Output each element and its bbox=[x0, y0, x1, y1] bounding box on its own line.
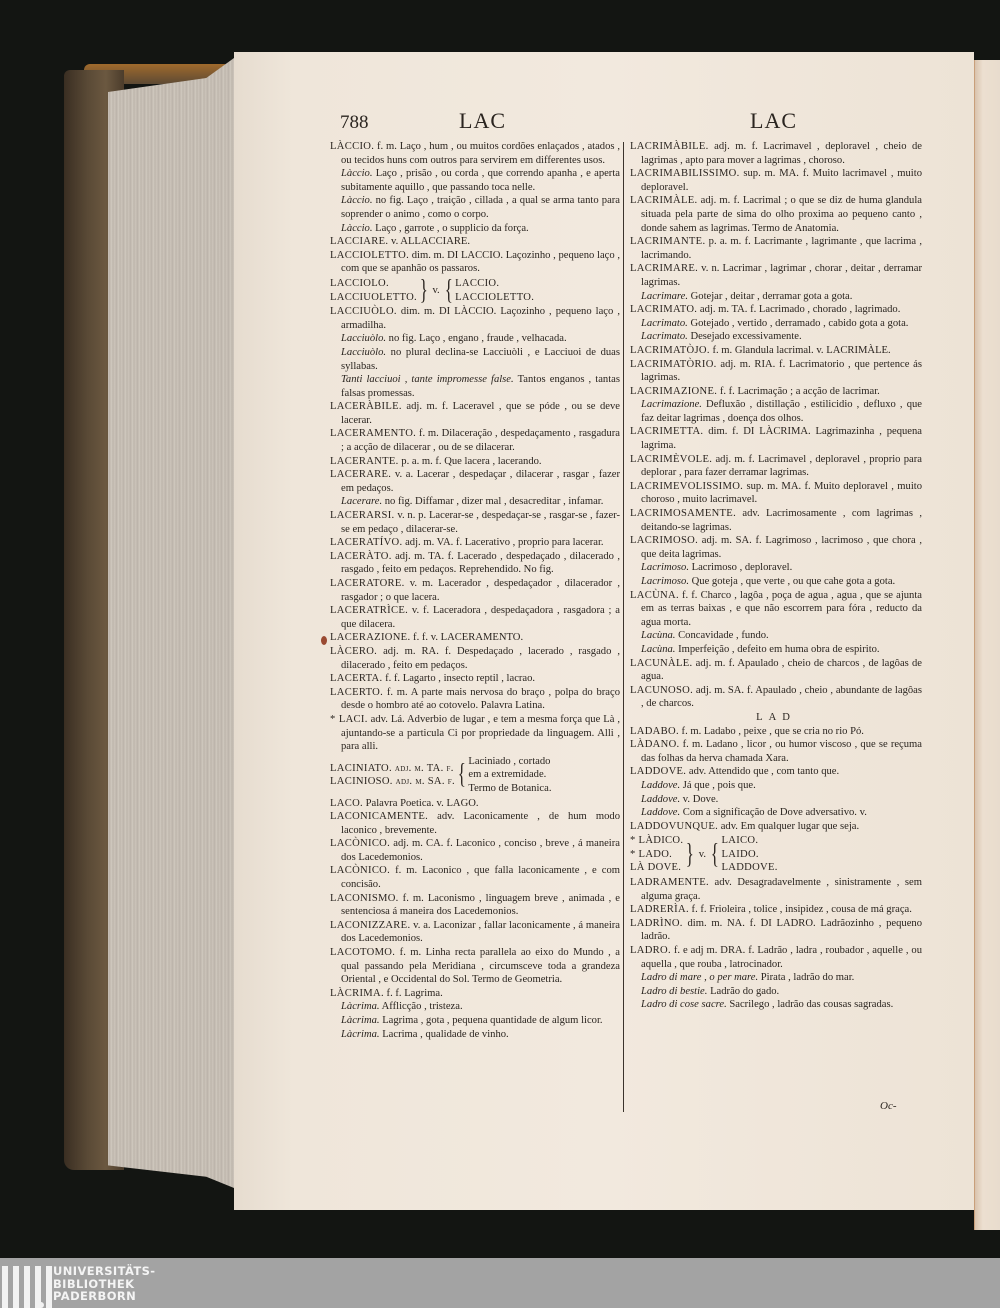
sense-definition: Ladrão do gado. bbox=[707, 986, 779, 997]
dictionary-entry: LACERATORE. v. m. Lacerador , despedaçad… bbox=[330, 577, 620, 604]
entry-headword: LACOTOMO. bbox=[330, 947, 395, 958]
xref-target: LACCIOLETTO. bbox=[455, 291, 534, 305]
entry-sense: Lacrimato. Gotejado , vertido , derramad… bbox=[630, 317, 922, 331]
sense-definition: Desejado excessivamente. bbox=[688, 331, 802, 342]
cross-reference-group: LACCIOLO.LACCIUOLETTO.}v.{LACCIO.LACCIOL… bbox=[330, 277, 620, 304]
entry-headword: LACÒNICO. bbox=[330, 838, 390, 849]
sense-label: Làccio. bbox=[341, 223, 372, 234]
sense-definition: Com a significação de Dove adversativo. … bbox=[680, 807, 867, 818]
entry-definition: f. m. A parte mais nervosa do braço , po… bbox=[341, 687, 620, 712]
entry-definition: f. f. Charco , lagôa , poça de agua , ag… bbox=[641, 590, 922, 628]
sense-definition: Lacrima , qualidade de vinho. bbox=[380, 1029, 509, 1040]
dictionary-entry: LADRERÌA. f. f. Frioleira , tolice , ins… bbox=[630, 903, 922, 917]
xref-source: * LADO. bbox=[630, 848, 683, 862]
sense-definition: no fig. Diffamar , dizer mal , desacredi… bbox=[382, 496, 603, 507]
dictionary-entry: LACRIMANTE. p. a. m. f. Lacrimante , lag… bbox=[630, 235, 922, 262]
entry-definition: f. m. Ladabo , peixe , que se cria no ri… bbox=[679, 726, 864, 737]
dictionary-entry: LACUNÀLE. adj. m. f. Apaulado , cheio de… bbox=[630, 657, 922, 684]
dictionary-entry: LÀCERO. adj. m. RA. f. Despedaçado , lac… bbox=[330, 645, 620, 672]
entry-headword: LACCIUÒLO. bbox=[330, 306, 397, 317]
entry-headword: LACERATÍVO. bbox=[330, 537, 402, 548]
sense-definition: Lacrimoso , deploravel. bbox=[689, 562, 792, 573]
dictionary-entry: LACRIMÈVOLE. adj. m. f. Lacrimavel , dep… bbox=[630, 453, 922, 480]
entry-definition: adv. Attendido que , com tanto que. bbox=[686, 766, 839, 777]
dictionary-entry: LACONIZZARE. v. a. Laconizar , fallar la… bbox=[330, 919, 620, 946]
entry-headword: LACRIMARE. bbox=[630, 263, 698, 274]
entry-headword: LÀDANO. bbox=[630, 739, 679, 750]
dictionary-entry: LACERATRÌCE. v. f. Laceradora , despedaç… bbox=[330, 604, 620, 631]
entry-headword: LACERTA. bbox=[330, 673, 382, 684]
left-brace-icon: { bbox=[444, 278, 452, 304]
grouped-headword: LACINIOSO. adj. m. SA. f. bbox=[330, 775, 455, 789]
running-head-right: LAC bbox=[750, 108, 797, 138]
dictionary-entry: LACERATÍVO. adj. m. VA. f. Lacerativo , … bbox=[330, 536, 620, 550]
shared-definition: Laciniado , cortadoem a extremidade.Term… bbox=[468, 755, 551, 796]
sense-label: Lacùna. bbox=[641, 644, 675, 655]
dictionary-entry: LACRIMABILISSIMO. sup. m. MA. f. Muito l… bbox=[630, 167, 922, 194]
dictionary-entry: LÀCRIMA. f. f. Lagrima. bbox=[330, 987, 620, 1001]
left-brace-icon: { bbox=[711, 842, 719, 868]
entry-headword: LACRIMATÒJO. bbox=[630, 345, 710, 356]
entry-headword: LACRIMABILISSIMO. bbox=[630, 168, 740, 179]
sense-label: Ladro di mare , o per mare. bbox=[641, 972, 758, 983]
sense-label: Lacciuòlo. bbox=[341, 347, 386, 358]
catchword: Oc- bbox=[880, 1100, 897, 1112]
entry-definition: adj. m. TA. f. Lacrimado , chorado , lag… bbox=[697, 304, 900, 315]
dictionary-entry: LACRIMAZIONE. f. f. Lacrimação ; a acção… bbox=[630, 385, 922, 399]
logo-line-1: UNIVERSITÄTS- bbox=[53, 1265, 155, 1278]
sense-definition: v. Dove. bbox=[680, 794, 718, 805]
book-page-edges bbox=[108, 58, 234, 1188]
sense-definition: Afflicção , tristeza. bbox=[380, 1001, 463, 1012]
entry-headword: LADDOVE. bbox=[630, 766, 686, 777]
page-number: 788 bbox=[340, 112, 369, 134]
entry-definition: Palavra Poetica. v. LAGO. bbox=[363, 798, 479, 809]
xref-see-label: v. bbox=[432, 284, 439, 298]
entry-definition: f. f. Lagrima. bbox=[384, 988, 443, 999]
entry-headword: LACRIMATO. bbox=[630, 304, 697, 315]
definition-line: em a extremidade. bbox=[468, 768, 551, 782]
entry-headword: LACUNOSO. bbox=[630, 685, 693, 696]
dictionary-entry: LACONICAMENTE. adv. Laconicamente , de h… bbox=[330, 810, 620, 837]
entry-headword: LACRIMÈVOLE. bbox=[630, 454, 712, 465]
definition-line: Laciniado , cortado bbox=[468, 755, 551, 769]
dictionary-entry: LADDOVUNQUE. adv. Em qualquer lugar que … bbox=[630, 820, 922, 834]
left-brace-icon: { bbox=[458, 762, 466, 788]
entry-sense: Tanti lacciuoi , tante impromesse false.… bbox=[330, 373, 620, 400]
sense-definition: Pirata , ladrão do mar. bbox=[758, 972, 854, 983]
dictionary-entry: LACUNOSO. adj. m. SA. f. Apaulado , chei… bbox=[630, 684, 922, 711]
sense-label: Làccio. bbox=[341, 195, 372, 206]
sense-label: Lacùna. bbox=[641, 630, 675, 641]
entry-sense: Lacciuòlo. no fig. Laço , engano , fraud… bbox=[330, 332, 620, 346]
dictionary-entry: LACÙNA. f. f. Charco , lagôa , poça de a… bbox=[630, 589, 922, 630]
sense-label: Lacrimato. bbox=[641, 331, 688, 342]
entry-headword: LADRO. bbox=[630, 945, 671, 956]
entry-headword: * LACI. bbox=[330, 714, 368, 725]
dictionary-entry: LACRIMETTA. dim. f. DI LÀCRIMA. Lagrimaz… bbox=[630, 425, 922, 452]
entry-headword: LACO. bbox=[330, 798, 363, 809]
sense-label: Lacrimato. bbox=[641, 318, 688, 329]
definition-line: Termo de Botanica. bbox=[468, 782, 551, 796]
dictionary-entry: LADDOVE. adv. Attendido que , com tanto … bbox=[630, 765, 922, 779]
entry-headword: LACONICAMENTE. bbox=[330, 811, 428, 822]
entry-headword: LACCIARE. bbox=[330, 236, 388, 247]
entry-definition: v. ALLACCIARE. bbox=[388, 236, 470, 247]
entry-definition: f. f. v. LACERAMENTO. bbox=[410, 632, 523, 643]
dictionary-entry: LACÒNICO. adj. m. CA. f. Laconico , conc… bbox=[330, 837, 620, 864]
dictionary-entry: LACERTA. f. f. Lagarto , insecto reptil … bbox=[330, 672, 620, 686]
right-brace-icon: } bbox=[686, 842, 694, 868]
entry-headword: LACERARE. bbox=[330, 469, 391, 480]
dictionary-entry: LACÒNICO. f. m. Laconico , que falla lac… bbox=[330, 864, 620, 891]
entry-sense: Làccio. Laço , garrote , o supplicio da … bbox=[330, 222, 620, 236]
entry-sense: Lacùna. Imperfeição , defeito em huma ob… bbox=[630, 643, 922, 657]
sense-definition: Gotejado , vertido , derramado , cabido … bbox=[688, 318, 909, 329]
column-divider-rule bbox=[623, 142, 624, 1112]
entry-headword: LACERARSI. bbox=[330, 510, 395, 521]
entry-headword: LACERATRÌCE. bbox=[330, 605, 408, 616]
sense-label: Lacrimoso. bbox=[641, 562, 689, 573]
sense-label: Làcrima. bbox=[341, 1029, 380, 1040]
entry-headword: LACRIMANTE. bbox=[630, 236, 705, 247]
dictionary-entry: LACERANTE. p. a. m. f. Que lacera , lace… bbox=[330, 455, 620, 469]
entry-definition: p. a. m. f. Que lacera , lacerando. bbox=[399, 456, 542, 467]
sense-label: Làcrima. bbox=[341, 1001, 380, 1012]
entry-headword: LACRIMOSAMENTE. bbox=[630, 508, 736, 519]
xref-target: LAICO. bbox=[721, 834, 777, 848]
sense-label: Lacciuòlo. bbox=[341, 333, 386, 344]
dictionary-entry: LACRIMATÒRIO. adj. m. RIA. f. Lacrimator… bbox=[630, 358, 922, 385]
entry-headword: LACUNÀLE. bbox=[630, 658, 692, 669]
entry-headword: LACONISMO. bbox=[330, 893, 399, 904]
dictionary-entry: LADABO. f. m. Ladabo , peixe , que se cr… bbox=[630, 725, 922, 739]
dictionary-entry: LADRO. f. e adj m. DRA. f. Ladrão , ladr… bbox=[630, 944, 922, 971]
dictionary-entry: LACRIMOSAMENTE. adv. Lacrimosamente , co… bbox=[630, 507, 922, 534]
entry-headword: LADRERÌA. bbox=[630, 904, 689, 915]
dictionary-entry: LACO. Palavra Poetica. v. LAGO. bbox=[330, 797, 620, 811]
entry-definition: adv. Em qualquer lugar que seja. bbox=[718, 821, 859, 832]
dictionary-entry: LACRIMEVOLISSIMO. sup. m. MA. f. Muito d… bbox=[630, 480, 922, 507]
entry-headword: LADRAMENTE. bbox=[630, 877, 709, 888]
entry-headword: LACERÀBILE. bbox=[330, 401, 402, 412]
grouped-headwords: LACINIATO. adj. m. TA. f.LACINIOSO. adj.… bbox=[330, 762, 455, 789]
xref-target: LAIDO. bbox=[721, 848, 777, 862]
entry-sense: Lacrimoso. Que goteja , que verte , ou q… bbox=[630, 575, 922, 589]
xref-source: * LÀDICO. bbox=[630, 834, 683, 848]
facing-page-edge bbox=[974, 60, 1000, 1230]
library-footer-band: UNIVERSITÄTS- BIBLIOTHEK PADERBORN bbox=[0, 1258, 1000, 1308]
entry-definition: f. m. Glandula lacrimal. v. LACRIMÀLE. bbox=[710, 345, 891, 356]
entry-sense: Lacrimazione. Defluxão , distillação , e… bbox=[630, 398, 922, 425]
entry-sense: Làcrima. Lacrima , qualidade de vinho. bbox=[330, 1028, 620, 1042]
entry-sense: Làccio. no fig. Laço , traição , cillada… bbox=[330, 194, 620, 221]
entry-headword: LADDOVUNQUE. bbox=[630, 821, 718, 832]
dictionary-entry: LACERAZIONE. f. f. v. LACERAMENTO. bbox=[330, 631, 620, 645]
dictionary-entry: LÀDANO. f. m. Ladano , licor , ou humor … bbox=[630, 738, 922, 765]
entry-headword: LADABO. bbox=[630, 726, 679, 737]
dictionary-entry: * LACI. adv. Lá. Adverbio de lugar , e t… bbox=[330, 713, 620, 754]
entry-definition: f. m. Laço , hum , ou muitos cordões enl… bbox=[341, 141, 620, 166]
sense-label: Lacrimoso. bbox=[641, 576, 689, 587]
entry-definition: f. f. Lacrimação ; a acção de lacrimar. bbox=[717, 386, 880, 397]
dictionary-entry: LACCIOLETTO. dim. m. DI LACCIO. Laçozinh… bbox=[330, 249, 620, 276]
entry-headword: LÀCCIO. bbox=[330, 141, 374, 152]
xref-target: LACCIO. bbox=[455, 277, 534, 291]
entry-headword: LACRIMAZIONE. bbox=[630, 386, 717, 397]
dictionary-entry: LACCIARE. v. ALLACCIARE. bbox=[330, 235, 620, 249]
entry-headword: LACERATORE. bbox=[330, 578, 405, 589]
dictionary-entry: LACERÀTO. adj. m. TA. f. Lacerado , desp… bbox=[330, 550, 620, 577]
xref-see-label: v. bbox=[699, 848, 706, 862]
entry-definition: adj. m. VA. f. Lacerativo , proprio para… bbox=[402, 537, 603, 548]
entry-headword: LACONIZZARE. bbox=[330, 920, 410, 931]
entry-definition: f. f. Frioleira , tolice , insipidez , c… bbox=[689, 904, 912, 915]
dictionary-entry: LACRIMÀBILE. adj. m. f. Lacrimavel , dep… bbox=[630, 140, 922, 167]
entry-definition: adj. m. RA. f. Despedaçado , lacerado , … bbox=[341, 646, 620, 671]
sense-definition: Laço , prisão , ou corda , que correndo … bbox=[341, 168, 620, 193]
entry-sense: Lacciuòlo. no plural declina-se Lacciuòl… bbox=[330, 346, 620, 373]
entry-headword: LACRIMATÒRIO. bbox=[630, 359, 717, 370]
xref-target-list: LAICO.LAIDO.LADDOVE. bbox=[721, 834, 777, 875]
xref-source-list: * LÀDICO.* LADO.LÀ DOVE. bbox=[630, 834, 683, 875]
entry-headword: LÀCERO. bbox=[330, 646, 377, 657]
entry-headword: LACRIMETTA. bbox=[630, 426, 703, 437]
left-column: LÀCCIO. f. m. Laço , hum , ou muitos cor… bbox=[330, 140, 620, 1041]
sense-label: Ladro di cose sacre. bbox=[641, 999, 727, 1010]
sense-definition: Concavidade , fundo. bbox=[675, 630, 768, 641]
shared-definition-group: LACINIATO. adj. m. TA. f.LACINIOSO. adj.… bbox=[330, 755, 620, 796]
entry-sense: Làccio. Laço , prisão , ou corda , que c… bbox=[330, 167, 620, 194]
sense-label: Laddove. bbox=[641, 807, 680, 818]
sense-definition: Imperfeição , defeito em huma obra de es… bbox=[675, 644, 879, 655]
cross-reference-group: * LÀDICO.* LADO.LÀ DOVE.}v.{LAICO.LAIDO.… bbox=[630, 834, 922, 875]
sense-label: Làccio. bbox=[341, 168, 372, 179]
library-logo-icon bbox=[2, 1266, 52, 1308]
entry-sense: Làcrima. Afflicção , tristeza. bbox=[330, 1000, 620, 1014]
xref-source: LACCIUOLETTO. bbox=[330, 291, 417, 305]
sense-definition: Laço , garrote , o supplicio da força. bbox=[372, 223, 528, 234]
entry-headword: LACÒNICO. bbox=[330, 865, 390, 876]
entry-sense: Laddove. v. Dove. bbox=[630, 793, 922, 807]
entry-headword: LÀCRIMA. bbox=[330, 988, 384, 999]
sense-label: Tanti lacciuoi , tante impromesse false. bbox=[341, 374, 514, 385]
dictionary-entry: LACERAMENTO. f. m. Dilaceração , despeda… bbox=[330, 427, 620, 454]
entry-headword: LADRÌNO. bbox=[630, 918, 683, 929]
logo-dot-icon bbox=[38, 1302, 44, 1308]
xref-target-list: LACCIO.LACCIOLETTO. bbox=[455, 277, 534, 304]
entry-sense: Lacrimato. Desejado excessivamente. bbox=[630, 330, 922, 344]
sense-label: Ladro di bestie. bbox=[641, 986, 707, 997]
sense-definition: Gotejar , deitar , derramar gota a gota. bbox=[688, 291, 852, 302]
entry-sense: Ladro di cose sacre. Sacrilego , ladrão … bbox=[630, 998, 922, 1012]
dictionary-entry: LACONISMO. f. m. Laconismo , linguagem b… bbox=[330, 892, 620, 919]
xref-source-list: LACCIOLO.LACCIUOLETTO. bbox=[330, 277, 417, 304]
sense-label: Lacrimazione. bbox=[641, 399, 702, 410]
entry-sense: Ladro di bestie. Ladrão do gado. bbox=[630, 985, 922, 999]
entry-headword: LACERÀTO. bbox=[330, 551, 392, 562]
entry-definition: f. e adj m. DRA. f. Ladrão , ladra , rou… bbox=[641, 945, 922, 970]
sense-label: Laddove. bbox=[641, 780, 680, 791]
entry-sense: Lacrimare. Gotejar , deitar , derramar g… bbox=[630, 290, 922, 304]
library-logo-text: UNIVERSITÄTS- BIBLIOTHEK PADERBORN bbox=[53, 1265, 155, 1303]
entry-definition: f. f. Lagarto , insecto reptil , lacrao. bbox=[382, 673, 535, 684]
dictionary-entry: LACRIMARE. v. n. Lacrimar , lagrimar , c… bbox=[630, 262, 922, 289]
entry-sense: Lacerare. no fig. Diffamar , dizer mal ,… bbox=[330, 495, 620, 509]
logo-line-3: PADERBORN bbox=[53, 1290, 155, 1303]
dictionary-entry: LACCIUÒLO. dim. m. DI LÀCCIO. Laçozinho … bbox=[330, 305, 620, 332]
entry-definition: f. m. Ladano , licor , ou humor viscoso … bbox=[641, 739, 922, 764]
entry-headword: LACRIMOSO. bbox=[630, 535, 698, 546]
running-head-left: LAC bbox=[459, 108, 506, 138]
dictionary-entry: LACOTOMO. f. m. Linha recta parallela ao… bbox=[330, 946, 620, 987]
entry-headword: LACCIOLETTO. bbox=[330, 250, 409, 261]
dictionary-entry: LADRÌNO. dim. m. NA. f. DI LADRO. Ladrão… bbox=[630, 917, 922, 944]
entry-headword: LACERANTE. bbox=[330, 456, 399, 467]
entry-sense: Làcrima. Lagrima , gota , pequena quanti… bbox=[330, 1014, 620, 1028]
xref-target: LADDOVE. bbox=[721, 861, 777, 875]
section-heading: LAD bbox=[630, 711, 922, 725]
dictionary-entry: LACERÀBILE. adj. m. f. Laceravel , que s… bbox=[330, 400, 620, 427]
grouped-headword: LACINIATO. adj. m. TA. f. bbox=[330, 762, 455, 776]
sense-definition: no fig. Laço , engano , fraude , velhaca… bbox=[386, 333, 567, 344]
entry-sense: Lacùna. Concavidade , fundo. bbox=[630, 629, 922, 643]
dictionary-entry: LÀCCIO. f. m. Laço , hum , ou muitos cor… bbox=[330, 140, 620, 167]
entry-headword: LACERAMENTO. bbox=[330, 428, 416, 439]
entry-headword: LACRIMÀLE. bbox=[630, 195, 697, 206]
entry-headword: LACRIMEVOLISSIMO. bbox=[630, 481, 743, 492]
entry-headword: LACERAZIONE. bbox=[330, 632, 410, 643]
sense-definition: Que goteja , que verte , ou que cahe got… bbox=[689, 576, 895, 587]
entry-definition: dim. m. NA. f. DI LADRO. Ladrãozinho , p… bbox=[641, 918, 922, 943]
entry-sense: Lacrimoso. Lacrimoso , deploravel. bbox=[630, 561, 922, 575]
sense-label: Laddove. bbox=[641, 794, 680, 805]
entry-headword: LACRIMÀBILE. bbox=[630, 141, 709, 152]
right-brace-icon: } bbox=[420, 278, 428, 304]
dictionary-entry: LACERARE. v. a. Lacerar , despedaçar , d… bbox=[330, 468, 620, 495]
sense-definition: no fig. Laço , traição , cillada , a qua… bbox=[341, 195, 620, 220]
entry-sense: Laddove. Já que , pois que. bbox=[630, 779, 922, 793]
dictionary-entry: LACRIMATO. adj. m. TA. f. Lacrimado , ch… bbox=[630, 303, 922, 317]
dictionary-entry: LACRIMATÒJO. f. m. Glandula lacrimal. v.… bbox=[630, 344, 922, 358]
xref-source: LACCIOLO. bbox=[330, 277, 417, 291]
entry-headword: LACERTO. bbox=[330, 687, 383, 698]
sense-label: Làcrima. bbox=[341, 1015, 380, 1026]
sense-label: Lacrimare. bbox=[641, 291, 688, 302]
sense-definition: Sacrilego , ladrão das cousas sagradas. bbox=[727, 999, 894, 1010]
entry-definition: adv. Lá. Adverbio de lugar , e tem a mes… bbox=[341, 714, 620, 752]
dictionary-entry: LACRIMÀLE. adj. m. f. Lacrimal ; o que s… bbox=[630, 194, 922, 235]
sense-definition: Já que , pois que. bbox=[680, 780, 756, 791]
dictionary-entry: LACERARSI. v. n. p. Lacerar-se , despeda… bbox=[330, 509, 620, 536]
dictionary-entry: LACERTO. f. m. A parte mais nervosa do b… bbox=[330, 686, 620, 713]
sense-label: Lacerare. bbox=[341, 496, 382, 507]
dictionary-entry: LADRAMENTE. adv. Desagradavelmente , sin… bbox=[630, 876, 922, 903]
dictionary-entry: LACRIMOSO. adj. m. SA. f. Lagrimoso , la… bbox=[630, 534, 922, 561]
right-column: LACRIMÀBILE. adj. m. f. Lacrimavel , dep… bbox=[630, 140, 922, 1012]
sense-definition: Lagrima , gota , pequena quantidade de a… bbox=[380, 1015, 603, 1026]
red-ink-mark bbox=[321, 636, 327, 645]
entry-headword: LACÙNA. bbox=[630, 590, 679, 601]
entry-sense: Ladro di mare , o per mare. Pirata , lad… bbox=[630, 971, 922, 985]
xref-source: LÀ DOVE. bbox=[630, 861, 683, 875]
entry-sense: Laddove. Com a significação de Dove adve… bbox=[630, 806, 922, 820]
